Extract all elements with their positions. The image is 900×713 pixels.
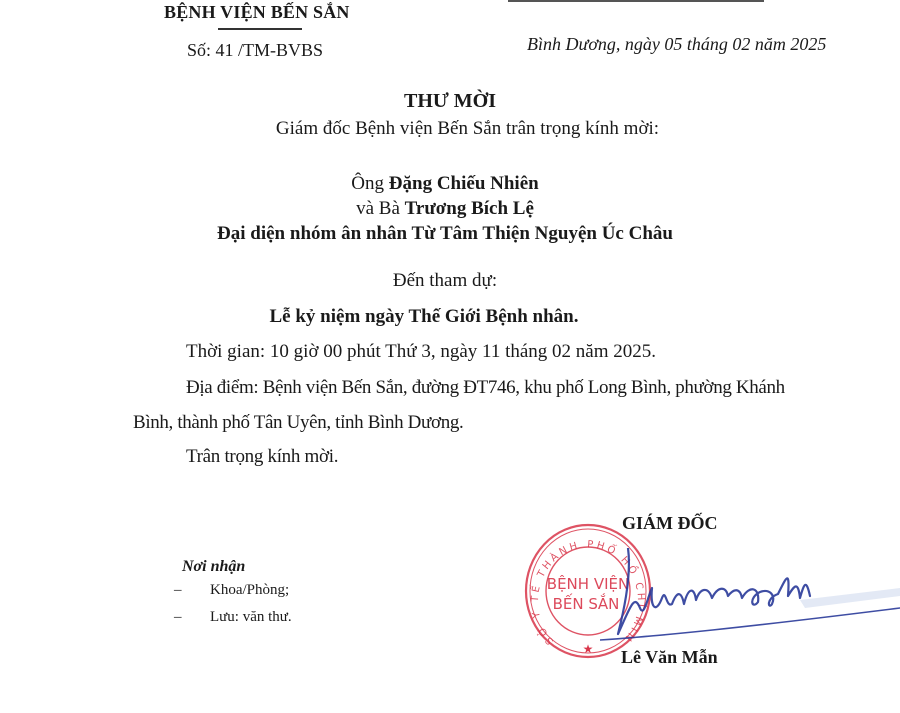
recipient-bullet: – (174, 582, 182, 599)
document-number: Số: 41 /TM-BVBS (187, 40, 323, 61)
invitee-group: Đại diện nhóm ân nhân Từ Tâm Thiện Nguyệ… (0, 223, 890, 245)
signatory-title: GIÁM ĐỐC (622, 513, 718, 534)
organization-name: BỆNH VIỆN BẾN SẮN (164, 2, 350, 23)
organization-underline (218, 28, 302, 30)
event-name: Lễ kỷ niệm ngày Thế Giới Bệnh nhân. (0, 306, 848, 328)
attend-label: Đến tham dự: (0, 270, 890, 292)
invitee-2-name: Trương Bích Lệ (405, 198, 534, 219)
place-date: Bình Dương, ngày 05 tháng 02 năm 2025 (527, 34, 826, 55)
header-right-rule (508, 0, 764, 2)
event-time: Thời gian: 10 giờ 00 phút Thứ 3, ngày 11… (186, 341, 656, 363)
letter-intro: Giám đốc Bệnh viện Bến Sắn trân trọng kí… (0, 118, 900, 140)
recipients-title: Nơi nhận (182, 558, 245, 576)
stamp-star-icon: ★ (583, 642, 594, 656)
closing-phrase: Trân trọng kính mời. (186, 446, 338, 468)
signatory-name: Lê Văn Mẫn (621, 647, 718, 668)
recipient-bullet: – (174, 609, 182, 626)
recipient-item: Lưu: văn thư. (210, 609, 292, 626)
invitee-line-1: Ông Đặng Chiếu Nhiên (0, 173, 890, 195)
recipient-item: Khoa/Phòng; (210, 582, 289, 599)
invitee-line-2: và Bà Trương Bích Lệ (0, 198, 890, 220)
event-place-line-2: Bình, thành phố Tân Uyên, tỉnh Bình Dươn… (133, 412, 463, 434)
invitee-2-prefix: và Bà (356, 198, 405, 219)
invitee-1-prefix: Ông (351, 173, 388, 194)
invitee-1-name: Đặng Chiếu Nhiên (389, 173, 539, 194)
letter-title: THƯ MỜI (0, 90, 900, 113)
handwritten-signature (600, 548, 900, 648)
event-place-line-1: Địa điểm: Bệnh viện Bến Sắn, đường ĐT746… (186, 377, 785, 399)
